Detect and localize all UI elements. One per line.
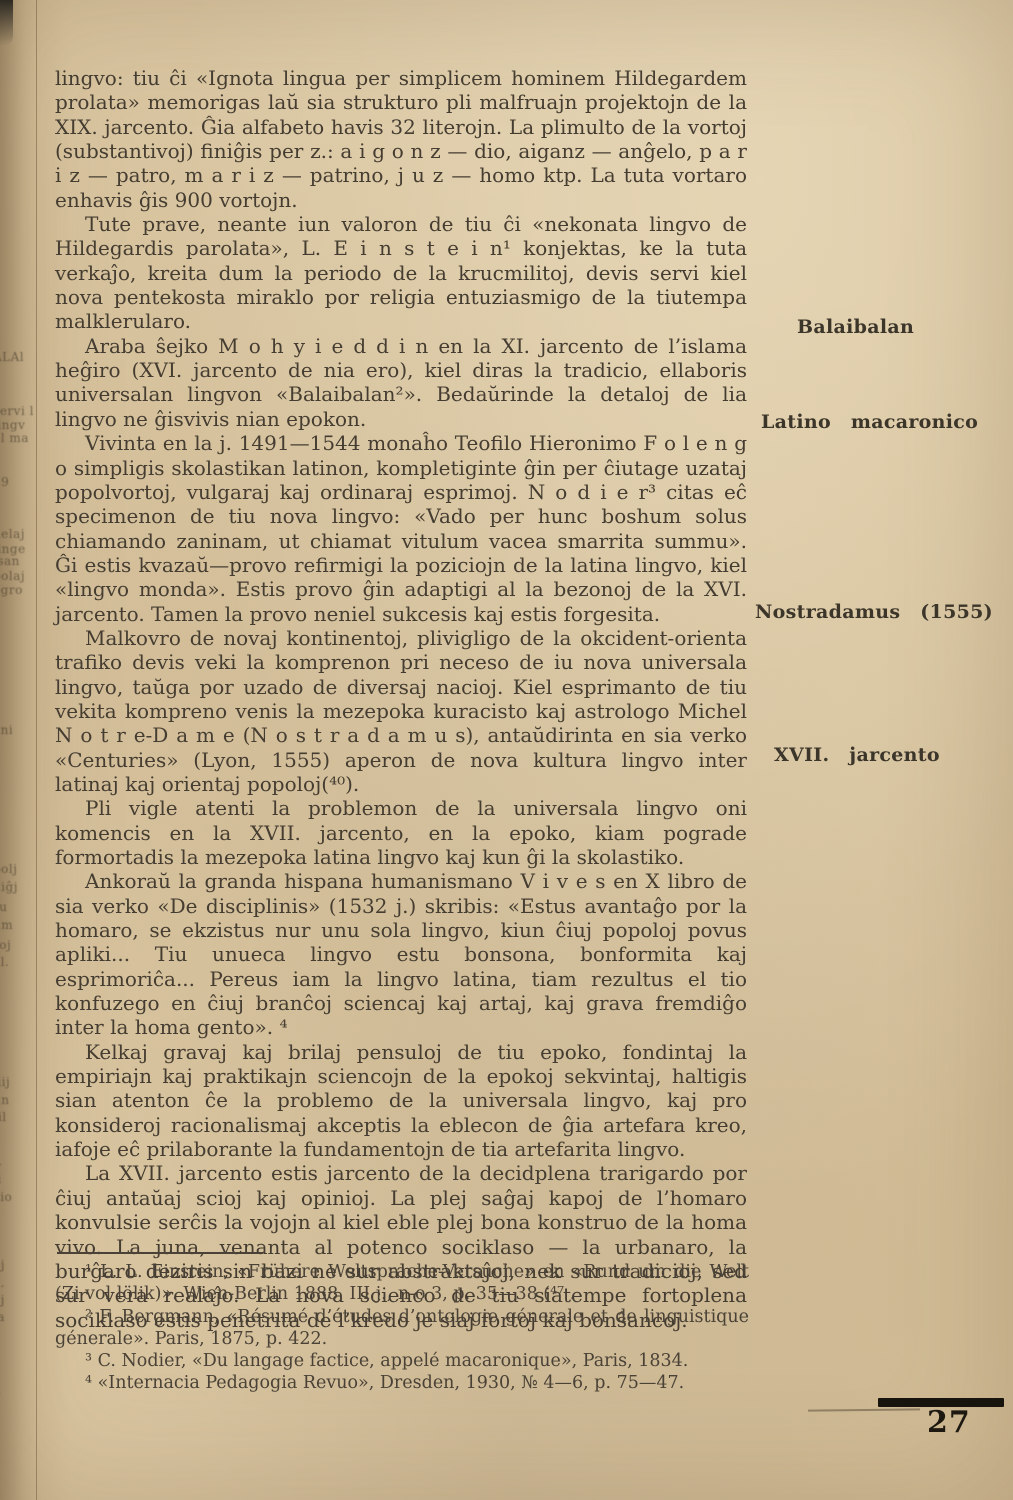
edge-text-fragment: li <box>0 1172 33 1186</box>
edge-text-fragment: um <box>0 918 33 932</box>
margin-note-xvii-jarcento: XVII. jarcento <box>774 744 940 766</box>
edge-text-fragment: la <box>0 1310 33 1324</box>
paragraph: lingvo: tiu ĉi «Ignota lingua per simpli… <box>55 66 747 212</box>
page-number: 27 <box>927 1405 971 1440</box>
paragraph: Vivinta en la j. 1491—1544 monaĥo Teofil… <box>55 431 747 626</box>
edge-text-fragment: diĝj <box>0 880 33 894</box>
edge-text-fragment: ru <box>0 900 33 914</box>
margin-note-nostradamus: Nostradamus (1555) <box>755 601 993 623</box>
body-text: lingvo: tiu ĉi «Ignota lingua per simpli… <box>55 66 747 1332</box>
edge-text-fragment: delaj <box>0 527 33 541</box>
margin-note-latino-macaronico: Latino macaronico <box>761 411 978 433</box>
paragraph: Ankoraŭ la granda hispana humanismano V … <box>55 869 747 1039</box>
paragraph: Araba ŝejko M o h y i e d d i n en la XI… <box>55 334 747 431</box>
edge-text-fragment: bolj <box>0 862 33 876</box>
edge-text-fragment: a. <box>0 1276 33 1290</box>
edge-text-fragment: lsan <box>0 554 33 568</box>
paragraph: Tute prave, neante iun valoron de tiu ĉi… <box>55 212 747 334</box>
page-left-edge: ALAlzervi llingvol ma29delajlingelsanpol… <box>0 0 37 1500</box>
edge-text-fragment: al. <box>0 955 33 969</box>
margin-note-balaibalan: Balaibalan <box>797 316 914 338</box>
footnote: ⁴ «Internacia Pedagogia Revuo», Dresden,… <box>55 1372 749 1394</box>
edge-text-fragment: ol ma <box>0 431 33 445</box>
footnote: ² F. Bergmann, «Résumé d’études d’ontolo… <box>55 1306 749 1351</box>
footnote: ¹ L. L. Einstein, «Frühere Weltsprache-V… <box>55 1261 749 1306</box>
paragraph: Kelkaj gravaj kaj brilaj pensuloj de tiu… <box>55 1040 747 1162</box>
scanned-book-page: ALAlzervi llingvol ma29delajlingelsanpol… <box>0 0 1013 1500</box>
edge-text-fragment: ani <box>0 723 33 737</box>
edge-text-fragment: fil <box>0 1110 33 1124</box>
edge-text-fragment: polaj <box>0 569 33 583</box>
paragraph: Pli vigle atenti la problemon de la univ… <box>55 796 747 869</box>
edge-text-fragment: un <box>0 1093 33 1107</box>
edge-text-fragment: f- <box>0 1157 33 1171</box>
edge-text-fragment: 8 <box>0 1385 33 1399</box>
edge-text-fragment: roj <box>0 938 33 952</box>
edge-text-fragment: ALAl <box>0 350 33 364</box>
smudge-line <box>808 1408 920 1411</box>
footnote-divider <box>57 1252 263 1254</box>
edge-text-fragment: liij <box>0 1075 33 1089</box>
footnotes: ¹ L. L. Einstein, «Frühere Weltsprache-V… <box>55 1261 749 1395</box>
scan-corner-mark <box>0 0 13 46</box>
footnote: ³ C. Nodier, «Du langage factice, appelé… <box>55 1350 749 1372</box>
paragraph: Malkovro de novaj kontinentoj, pliviglig… <box>55 626 747 796</box>
edge-text-fragment: oj <box>0 1258 33 1272</box>
edge-text-fragment: ĉio <box>0 1190 33 1204</box>
edge-text-fragment: aj <box>0 1293 33 1307</box>
edge-text-fragment: lingv <box>0 418 33 432</box>
edge-text-fragment: 29 <box>0 475 33 489</box>
edge-text-fragment: agro <box>0 583 33 597</box>
edge-text-fragment: zervi l <box>0 404 33 418</box>
